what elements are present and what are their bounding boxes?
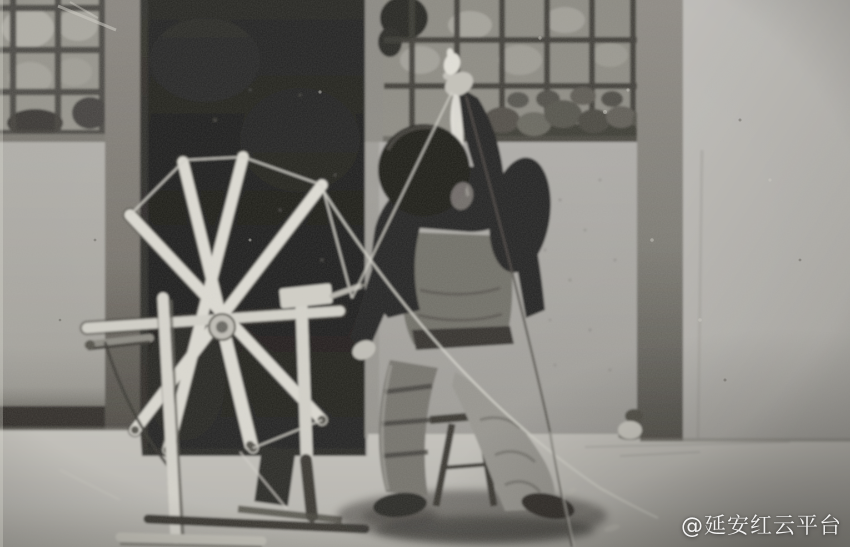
watermark: @延安红云平台	[681, 509, 842, 540]
photograph: @延安红云平台	[0, 0, 850, 547]
photo-scene	[0, 0, 850, 547]
photo-edge	[0, 0, 3, 547]
watermark-text: @延安红云平台	[681, 514, 842, 539]
corner-shade	[0, 0, 850, 547]
